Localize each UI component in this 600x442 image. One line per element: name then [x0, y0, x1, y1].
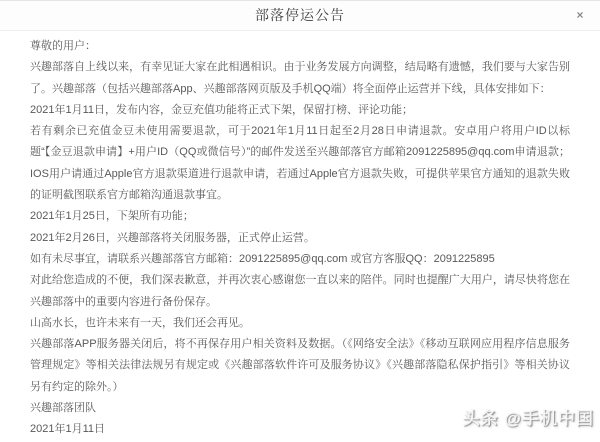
announcement-paragraph: 2021年1月11日，发布内容，金豆充值功能将正式下架，保留打榜、评论功能；	[30, 100, 570, 121]
dialog-title: 部落停运公告	[0, 1, 600, 30]
shutdown-announcement-dialog: 部落停运公告 × 尊敬的用户： 兴趣部落自上线以来，有幸见证大家在此相遇相识。由…	[0, 0, 600, 442]
announcement-legal-paragraph: 兴趣部落APP服务器关闭后，将不再保存用户相关资料及数据。（《网络安全法》《移动…	[30, 334, 570, 398]
announcement-paragraph: 2021年1月25日，下架所有功能；	[30, 206, 570, 227]
announcement-paragraph: 兴趣部落自上线以来，有幸见证大家在此相遇相识。由于业务发展方向调整，结局略有遗憾…	[30, 57, 570, 100]
announcement-paragraph: 山高水长，也许未来有一天，我们还会再见。	[30, 313, 570, 334]
announcement-paragraph: 若有剩余已充值金豆未使用需要退款，可于2021年1月11日起至2月28日申请退款…	[30, 121, 570, 206]
announcement-signature: 兴趣部落团队	[30, 398, 570, 419]
announcement-salutation: 尊敬的用户：	[30, 36, 570, 57]
announcement-date: 2021年1月11日	[30, 419, 570, 440]
announcement-paragraph: 对此给您造成的不便，我们深表歉意，并再次衷心感谢您一直以来的陪伴。同时也提醒广大…	[30, 270, 570, 313]
announcement-body: 尊敬的用户： 兴趣部落自上线以来，有幸见证大家在此相遇相识。由于业务发展方向调整…	[0, 31, 600, 441]
announcement-paragraph: 2021年2月26日，兴趣部落将关闭服务器，正式停止运营。	[30, 228, 570, 249]
dialog-header: 部落停运公告 ×	[0, 0, 600, 31]
announcement-contact-line: 如有未尽事宜，请联系兴趣部落官方邮箱：2091225895@qq.com 或官方…	[30, 249, 570, 270]
close-icon[interactable]: ×	[570, 1, 590, 30]
